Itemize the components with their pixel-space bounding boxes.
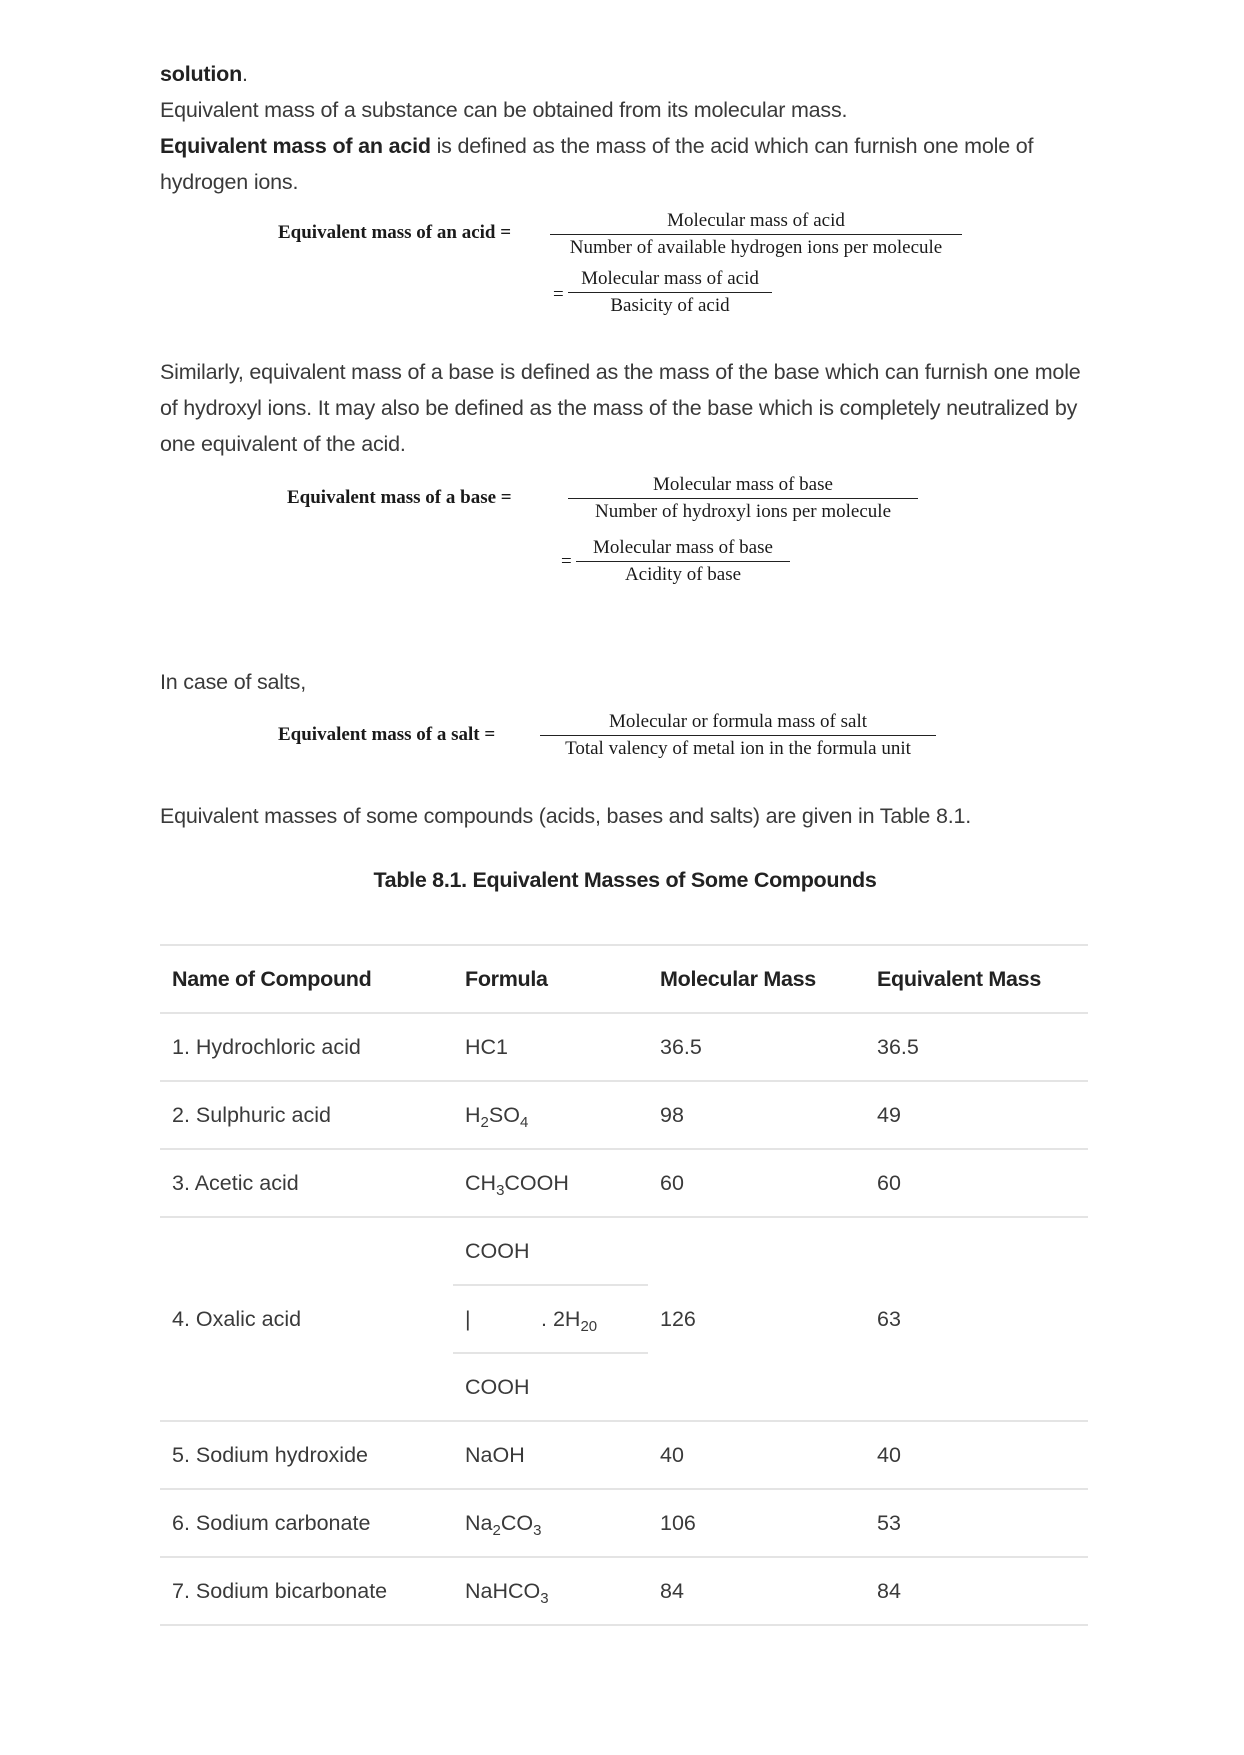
cell-formula: H2SO4 — [453, 1081, 648, 1149]
cell-empty — [865, 1353, 1088, 1421]
base-fraction-1-numerator: Molecular mass of base — [568, 474, 918, 499]
salt-formula-lhs: Equivalent mass of a salt = — [278, 724, 495, 746]
acid-fraction-2: Molecular mass of acid Basicity of acid — [568, 268, 772, 317]
header-formula: Formula — [453, 945, 648, 1013]
cell-name: 1. Hydrochloric acid — [160, 1013, 453, 1081]
formula-subscript: 4 — [520, 1114, 528, 1131]
acid-equals: = — [553, 284, 564, 306]
base-fraction-1-denominator: Number of hydroxyl ions per molecule — [568, 499, 918, 523]
table-row: 2. Sulphuric acidH2SO49849 — [160, 1081, 1088, 1149]
table-row: 6. Sodium carbonateNa2CO310653 — [160, 1489, 1088, 1557]
formula-text: H — [465, 1103, 481, 1127]
salt-intro: In case of salts, — [160, 664, 1090, 700]
cell-molecular-mass: 106 — [648, 1489, 865, 1557]
header-molecular-mass: Molecular Mass — [648, 945, 865, 1013]
cell-empty — [865, 1217, 1088, 1285]
base-formula-lhs: Equivalent mass of a base = — [287, 487, 512, 509]
cell-name: 3. Acetic acid — [160, 1149, 453, 1217]
cell-formula-top: COOH — [453, 1217, 648, 1285]
cell-equivalent-mass: 49 — [865, 1081, 1088, 1149]
cell-molecular-mass: 126 — [648, 1285, 865, 1353]
formula-subscript: 2 — [481, 1114, 489, 1131]
cell-name: 6. Sodium carbonate — [160, 1489, 453, 1557]
intro-solution-line: solution. — [160, 56, 1090, 92]
cell-formula: HC1 — [453, 1013, 648, 1081]
formula-text: . 2H — [541, 1307, 580, 1331]
cell-molecular-mass: 36.5 — [648, 1013, 865, 1081]
formula-text: COOH — [504, 1171, 569, 1195]
formula-subscript: 3 — [540, 1590, 548, 1607]
solution-suffix: . — [242, 62, 248, 86]
base-fraction-2: Molecular mass of base Acidity of base — [576, 537, 790, 586]
header-equivalent-mass: Equivalent Mass — [865, 945, 1088, 1013]
table-row: 7. Sodium bicarbonateNaHCO38484 — [160, 1557, 1088, 1625]
cell-molecular-mass: 40 — [648, 1421, 865, 1489]
cell-equivalent-mass: 63 — [865, 1285, 1088, 1353]
acid-formula-lhs: Equivalent mass of an acid = — [278, 222, 511, 244]
acid-fraction-1-numerator: Molecular mass of acid — [550, 210, 962, 235]
cell-equivalent-mass: 36.5 — [865, 1013, 1088, 1081]
base-paragraph: Similarly, equivalent mass of a base is … — [160, 354, 1085, 462]
acid-fraction-2-denominator: Basicity of acid — [568, 293, 772, 317]
formula-text: NaOH — [465, 1443, 525, 1467]
formula-text: SO — [489, 1103, 520, 1127]
acid-definition: Equivalent mass of an acid is defined as… — [160, 128, 1090, 200]
cell-name: 4. Oxalic acid — [160, 1217, 453, 1421]
acid-definition-term: Equivalent mass of an acid — [160, 134, 431, 158]
base-fraction-2-numerator: Molecular mass of base — [576, 537, 790, 562]
table-row: 5. Sodium hydroxideNaOH4040 — [160, 1421, 1088, 1489]
formula-text: CO — [501, 1511, 533, 1535]
formula-subscript: 2 — [580, 1318, 588, 1335]
cell-equivalent-mass: 40 — [865, 1421, 1088, 1489]
base-equals: = — [561, 551, 572, 573]
acid-fraction-1: Molecular mass of acid Number of availab… — [550, 210, 962, 259]
formula-subscript: 0 — [589, 1318, 597, 1335]
cell-equivalent-mass: 53 — [865, 1489, 1088, 1557]
cell-name: 5. Sodium hydroxide — [160, 1421, 453, 1489]
cell-equivalent-mass: 60 — [865, 1149, 1088, 1217]
formula-text: HC1 — [465, 1035, 508, 1059]
table-row: 4. Oxalic acidCOOH — [160, 1217, 1088, 1285]
cell-molecular-mass: 84 — [648, 1557, 865, 1625]
cell-formula-bottom: COOH — [453, 1353, 648, 1421]
header-name: Name of Compound — [160, 945, 453, 1013]
table-row: 1. Hydrochloric acidHC136.536.5 — [160, 1013, 1088, 1081]
cell-equivalent-mass: 84 — [865, 1557, 1088, 1625]
formula-subscript: 3 — [533, 1522, 541, 1539]
base-fraction-2-denominator: Acidity of base — [576, 562, 790, 586]
formula-subscript: 2 — [492, 1522, 500, 1539]
formula-text: CH — [465, 1171, 496, 1195]
table-row: 3. Acetic acidCH3COOH6060 — [160, 1149, 1088, 1217]
cell-formula: |. 2H20 — [453, 1285, 648, 1353]
acid-fraction-2-numerator: Molecular mass of acid — [568, 268, 772, 293]
table-intro: Equivalent masses of some compounds (aci… — [160, 798, 1090, 834]
cell-name: 7. Sodium bicarbonate — [160, 1557, 453, 1625]
formula-text: Na — [465, 1511, 492, 1535]
cell-empty — [648, 1353, 865, 1421]
cell-empty — [648, 1217, 865, 1285]
table-caption: Table 8.1. Equivalent Masses of Some Com… — [160, 868, 1090, 893]
intro-line1: Equivalent mass of a substance can be ob… — [160, 92, 1090, 128]
base-fraction-1: Molecular mass of base Number of hydroxy… — [568, 474, 918, 523]
cell-name: 2. Sulphuric acid — [160, 1081, 453, 1149]
table-header-row: Name of Compound Formula Molecular Mass … — [160, 945, 1088, 1013]
cell-formula: NaHCO3 — [453, 1557, 648, 1625]
acid-fraction-1-denominator: Number of available hydrogen ions per mo… — [550, 235, 962, 259]
salt-fraction-denominator: Total valency of metal ion in the formul… — [540, 736, 936, 760]
cell-formula: Na2CO3 — [453, 1489, 648, 1557]
cell-formula: CH3COOH — [453, 1149, 648, 1217]
formula-text: NaHCO — [465, 1579, 540, 1603]
solution-bold: solution — [160, 62, 242, 86]
cell-molecular-mass: 60 — [648, 1149, 865, 1217]
salt-fraction: Molecular or formula mass of salt Total … — [540, 711, 936, 760]
cell-formula: NaOH — [453, 1421, 648, 1489]
salt-fraction-numerator: Molecular or formula mass of salt — [540, 711, 936, 736]
equivalent-masses-table: Name of Compound Formula Molecular Mass … — [160, 944, 1088, 1626]
cell-molecular-mass: 98 — [648, 1081, 865, 1149]
formula-pipe: | — [465, 1307, 541, 1332]
